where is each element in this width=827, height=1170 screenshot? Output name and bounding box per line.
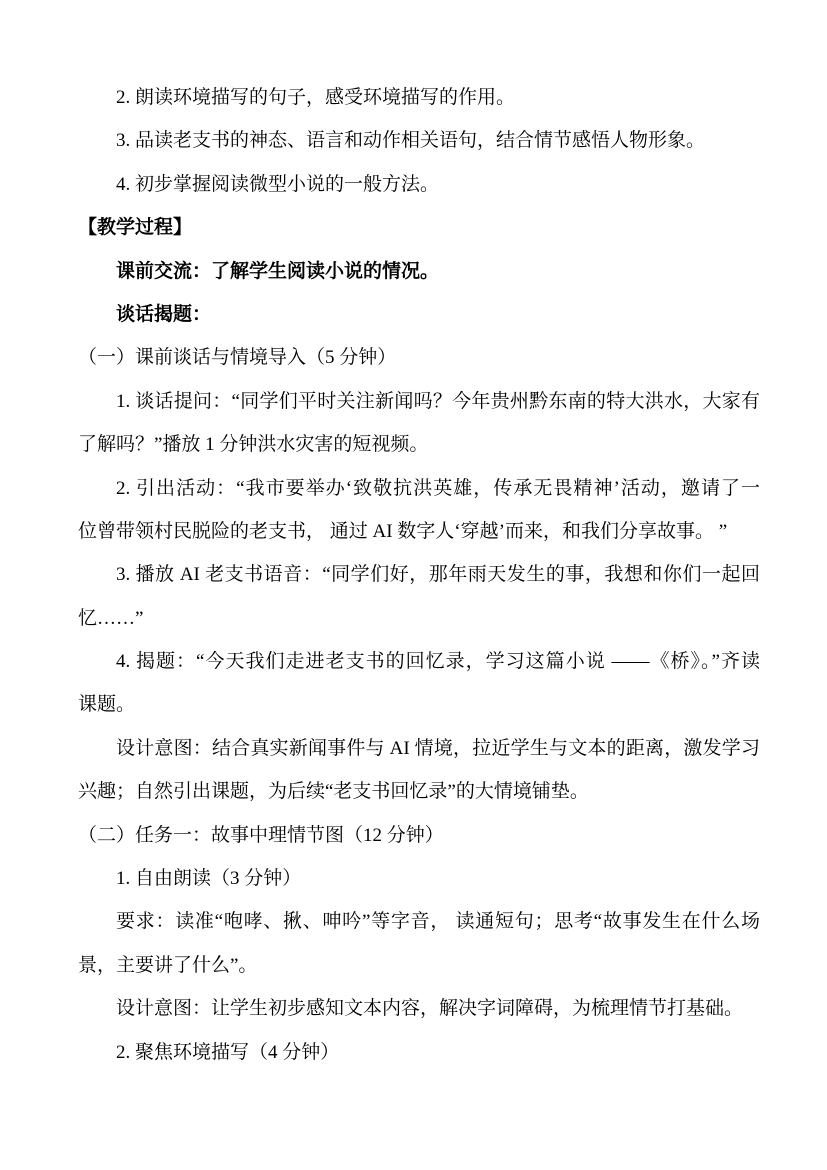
lesson-plan-document: 2. 朗读环境描写的句子，感受环境描写的作用。3. 品读老支书的神态、语言和动作… <box>78 76 760 1074</box>
text-line: 【教学过程】 <box>78 206 760 249</box>
text-line: 2. 聚焦环境描写（4 分钟） <box>78 1031 760 1074</box>
document-page: 2. 朗读环境描写的句子，感受环境描写的作用。3. 品读老支书的神态、语言和动作… <box>0 0 827 1170</box>
text-line: 忆……” <box>78 597 760 640</box>
text-line: 课前交流：了解学生阅读小说的情况。 <box>78 250 760 293</box>
text-line: 要求：读准“咆哮、揪、呻吟”等字音， 读通短句；思考“故事发生在什么场 <box>78 900 760 943</box>
text-line: 谈话揭题： <box>78 293 760 336</box>
text-line: 4. 初步掌握阅读微型小说的一般方法。 <box>78 163 760 206</box>
text-line: 兴趣；自然引出课题，为后续“老支书回忆录”的大情境铺垫。 <box>78 770 760 813</box>
text-line: 4. 揭题：“今天我们走进老支书的回忆录，学习这篇小说 ——《桥》。”齐读 <box>78 640 760 683</box>
text-line: 2. 引出活动：“我市要举办‘致敬抗洪英雄，传承无畏精神’活动，邀请了一 <box>78 467 760 510</box>
text-line: 景，主要讲了什么”。 <box>78 944 760 987</box>
text-line: 课题。 <box>78 683 760 726</box>
text-line: （二）任务一：故事中理情节图（12 分钟） <box>78 814 760 857</box>
text-line: 了解吗？”播放 1 分钟洪水灾害的短视频。 <box>78 423 760 466</box>
text-line: 3. 品读老支书的神态、语言和动作相关语句，结合情节感悟人物形象。 <box>78 119 760 162</box>
text-line: 设计意图：让学生初步感知文本内容，解决字词障碍，为梳理情节打基础。 <box>78 987 760 1030</box>
text-line: 1. 谈话提问：“同学们平时关注新闻吗？今年贵州黔东南的特大洪水，大家有 <box>78 380 760 423</box>
text-line: 3. 播放 AI 老支书语音：“同学们好，那年雨天发生的事，我想和你们一起回 <box>78 553 760 596</box>
text-line: 设计意图：结合真实新闻事件与 AI 情境，拉近学生与文本的距离，激发学习 <box>78 727 760 770</box>
text-line: 2. 朗读环境描写的句子，感受环境描写的作用。 <box>78 76 760 119</box>
text-line: 位曾带领村民脱险的老支书， 通过 AI 数字人‘穿越’而来，和我们分享故事。 ” <box>78 510 760 553</box>
text-line: 1. 自由朗读（3 分钟） <box>78 857 760 900</box>
text-line: （一）课前谈话与情境导入（5 分钟） <box>78 336 760 379</box>
